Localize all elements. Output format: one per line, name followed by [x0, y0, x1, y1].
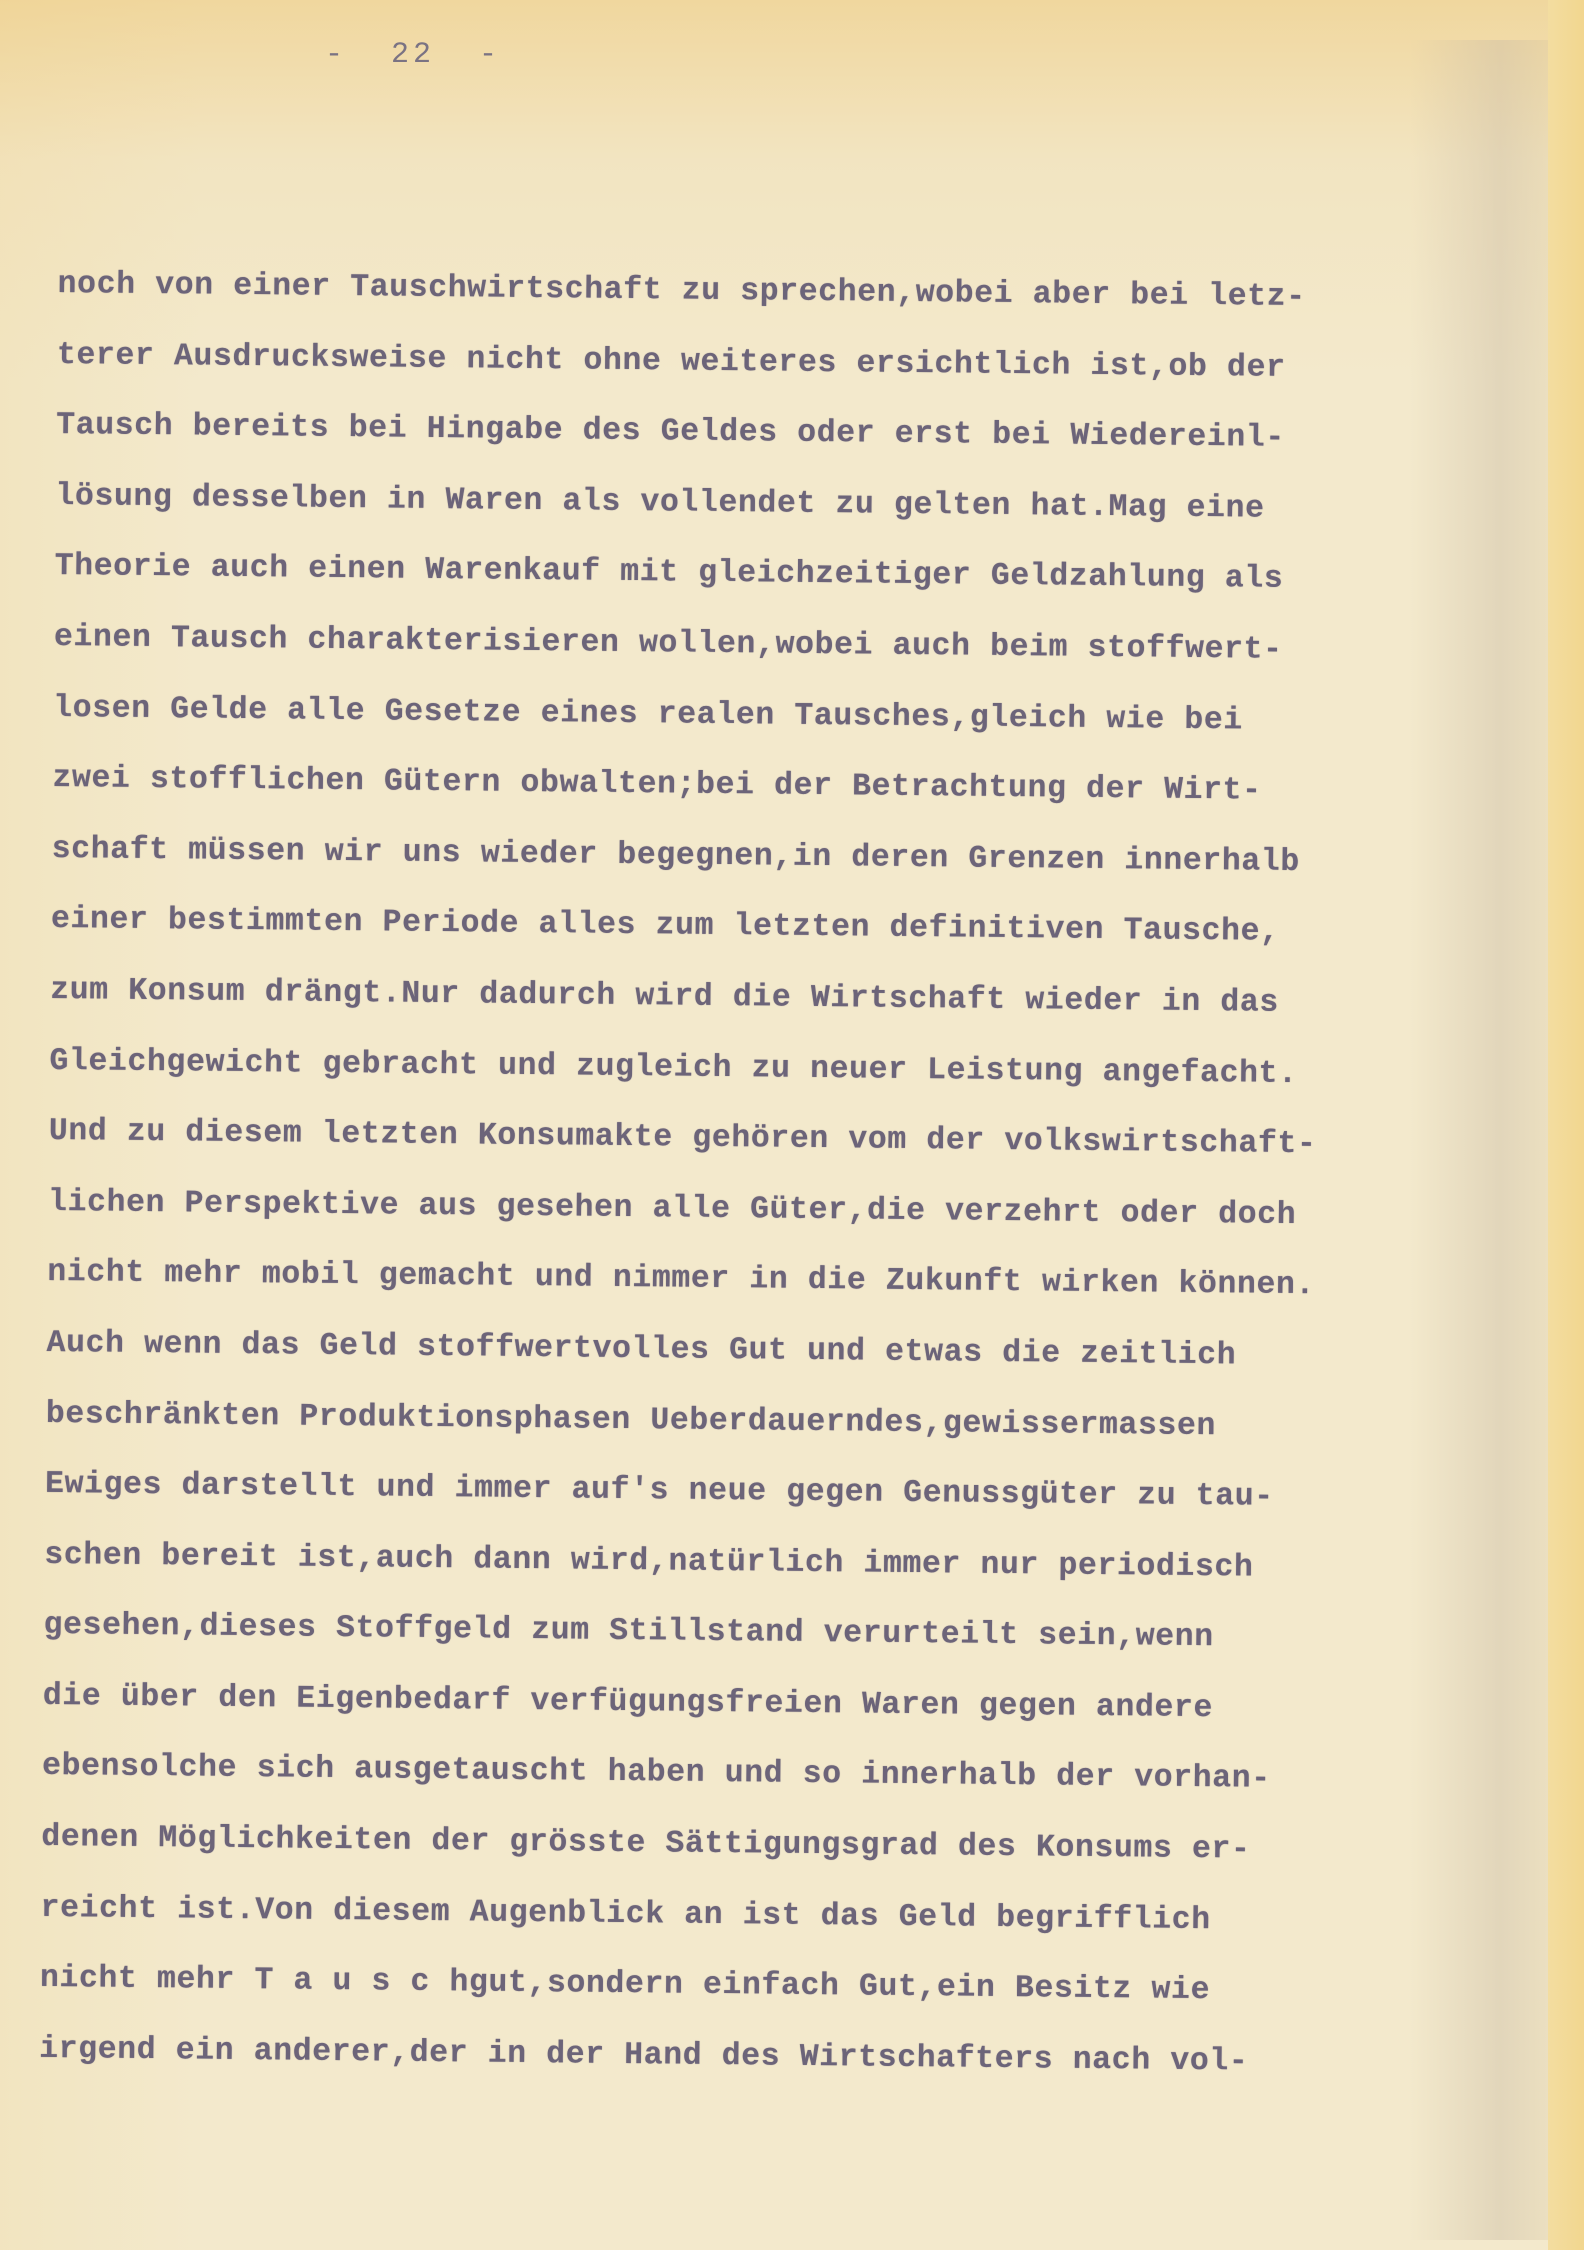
page-number: - 22 -: [325, 38, 501, 72]
scanned-page: - 22 - noch von einer Tauschwirtschaft z…: [0, 0, 1584, 2250]
typewritten-body: noch von einer Tauschwirtschaft zu sprec…: [39, 250, 1538, 2101]
page-edge: [1548, 0, 1584, 2250]
text-line: irgend ein anderer,der in der Hand des W…: [39, 2015, 1520, 2101]
